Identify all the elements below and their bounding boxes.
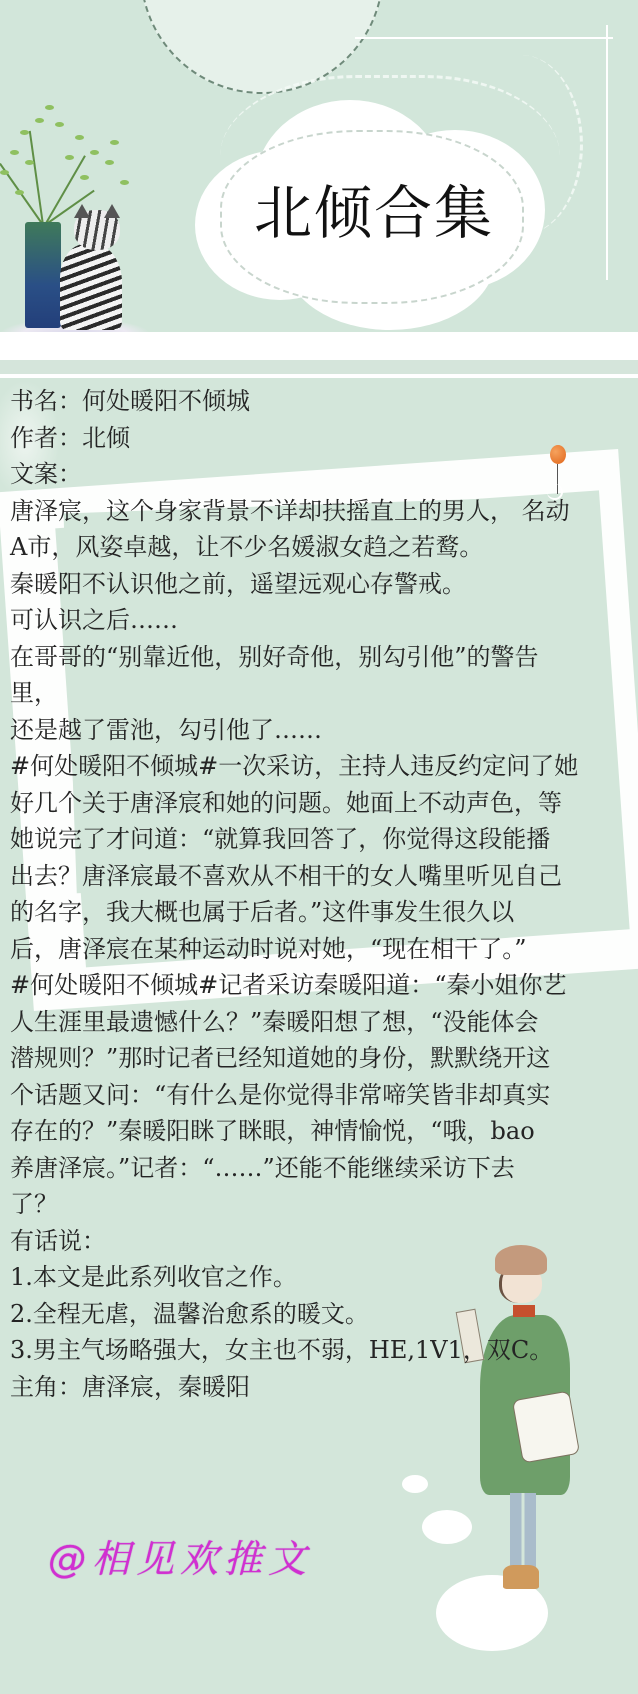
synopsis-line: #何处暖阳不倾城#一次采访，主持人违反约定问了她 (10, 748, 630, 785)
note-item: 2.全程无虐，温馨治愈系的暖文。 (10, 1296, 630, 1333)
book-title-line: 书名：何处暖阳不倾城 (10, 383, 630, 420)
protagonists-value: 唐泽宸，秦暖阳 (82, 1373, 250, 1401)
synopsis-line: 个话题又问：“有什么是你觉得非常啼笑皆非却真实 (10, 1077, 630, 1114)
signature-watermark: @相见欢推文 (48, 1528, 312, 1583)
synopsis-line: 出去？唐泽宸最不喜欢从不相干的女人嘴里听见自己 (10, 858, 630, 895)
bubble-icon (402, 1475, 428, 1493)
synopsis-line: 好几个关于唐泽宸和她的问题。她面上不动声色，等 (10, 785, 630, 822)
synopsis-line: 存在的？”秦暖阳眯了眯眼，神情愉悦，“哦，bao (10, 1113, 630, 1150)
protagonists-label: 主角： (10, 1373, 82, 1401)
author-value: 北倾 (82, 424, 130, 452)
synopsis-line: A市，风姿卓越，让不少名媛淑女趋之若鹜。 (10, 529, 630, 566)
synopsis-label: 文案： (10, 456, 630, 493)
synopsis: 唐泽宸，这个身家背景不详却扶摇直上的男人， 名动 A市，风姿卓越，让不少名媛淑女… (10, 493, 630, 1223)
note-item: 1.本文是此系列收官之作。 (10, 1259, 630, 1296)
synopsis-line: 可认识之后…… (10, 602, 630, 639)
book-info: 书名：何处暖阳不倾城 作者：北倾 文案： 唐泽宸，这个身家背景不详却扶摇直上的男… (10, 383, 630, 1405)
synopsis-line: 她说完了才问道：“就算我回答了，你觉得这段能播 (10, 821, 630, 858)
synopsis-line: 了？ (10, 1186, 630, 1223)
synopsis-line: 里， (10, 675, 630, 712)
author-line: 作者：北倾 (10, 420, 630, 457)
synopsis-line: 唐泽宸，这个身家背景不详却扶摇直上的男人， 名动 (10, 493, 630, 530)
synopsis-line: 秦暖阳不认识他之前，遥望远观心存警戒。 (10, 566, 630, 603)
synopsis-line: 的名字，我大概也属于后者。”这件事发生很久以 (10, 894, 630, 931)
synopsis-line: 潜规则？”那时记者已经知道她的身份，默默绕开这 (10, 1040, 630, 1077)
synopsis-line: 养唐泽宸。”记者：“……”还能不能继续采访下去 (10, 1150, 630, 1187)
note-item: 3.男主气场略强大，女主也不弱，HE,1V1，双C。 (10, 1332, 630, 1369)
decorative-line (355, 37, 613, 39)
protagonists-line: 主角：唐泽宸，秦暖阳 (10, 1369, 630, 1406)
synopsis-line: 在哥哥的“别靠近他，别好奇他，别勾引他”的警告 (10, 639, 630, 676)
synopsis-line: #何处暖阳不倾城#记者采访秦暖阳道：“秦小姐你艺 (10, 967, 630, 1004)
author-label: 作者： (10, 424, 82, 452)
synopsis-line: 还是越了雷池，勾引他了…… (10, 712, 630, 749)
synopsis-line: 人生涯里最遗憾什么？”秦暖阳想了想，“没能体会 (10, 1004, 630, 1041)
header-banner: 北倾合集 (0, 0, 638, 360)
divider (0, 360, 638, 374)
synopsis-line: 后，唐泽宸在某种运动时说对她，“现在相干了。” (10, 931, 630, 968)
shelf (0, 332, 638, 360)
page: 北倾合集 (0, 0, 638, 1694)
book-title-value: 何处暖阳不倾城 (82, 387, 250, 415)
cat-icon (56, 210, 126, 330)
book-title-label: 书名： (10, 387, 82, 415)
notes-label: 有话说： (10, 1223, 630, 1260)
